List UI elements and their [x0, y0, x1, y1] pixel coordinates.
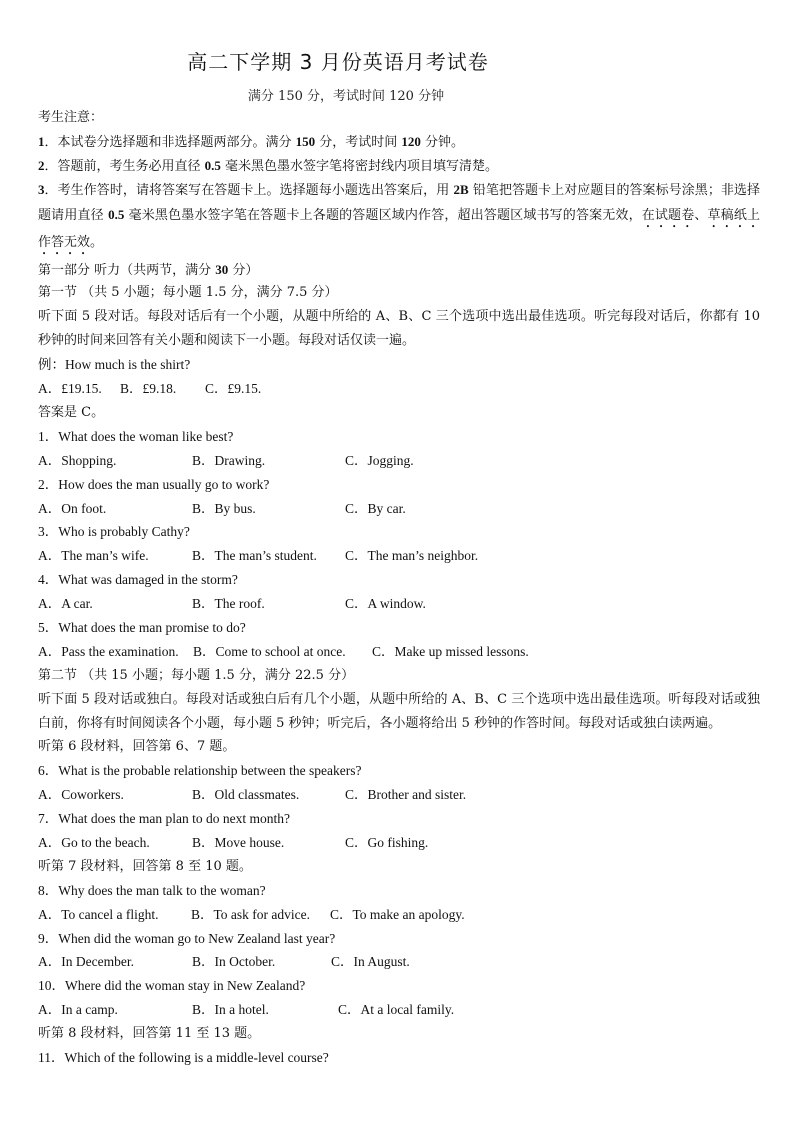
option-c: C．Brother and sister.: [345, 783, 466, 807]
option-b: B．£9.18.: [120, 377, 176, 401]
question-9-options: A．In December. B．In October. C．In August…: [38, 950, 760, 974]
option-b: B．Old classmates.: [192, 783, 299, 807]
section2-heading: 第二节 （共 15 小题；每小题 1.5 分，满分 22.5 分）: [38, 664, 760, 688]
question-2: 2．How does the man usually go to work?: [38, 473, 760, 497]
question-8-options: A．To cancel a flight. B．To ask for advic…: [38, 903, 760, 927]
group-8-intro: 听第 8 段材料，回答第 11 至 13 题。: [38, 1022, 760, 1046]
question-3-options: A．The man’s wife. B．The man’s student. C…: [38, 544, 760, 568]
section1-heading: 第一节 （共 5 小题；每小题 1.5 分，满分 7.5 分）: [38, 281, 760, 305]
question-5: 5．What does the man promise to do?: [38, 616, 760, 640]
option-c: C．Go fishing.: [345, 831, 428, 855]
question-6-options: A．Coworkers. B．Old classmates. C．Brother…: [38, 783, 760, 807]
question-7-options: A．Go to the beach. B．Move house. C．Go fi…: [38, 831, 760, 855]
exam-title: 高二下学期 3 月份英语月考试卷: [0, 46, 676, 75]
option-a: A．The man’s wife.: [38, 544, 149, 568]
option-c: C．To make an apology.: [330, 903, 465, 927]
question-10-options: A．In a camp. B．In a hotel. C．At a local …: [38, 998, 760, 1022]
question-4: 4．What was damaged in the storm?: [38, 568, 760, 592]
option-b: B．The roof.: [192, 592, 265, 616]
option-b: B．To ask for advice.: [191, 903, 310, 927]
group-7-intro: 听第 7 段材料，回答第 8 至 10 题。: [38, 855, 760, 879]
question-8: 8．Why does the man talk to the woman?: [38, 879, 760, 903]
option-b: B．Come to school at once.: [193, 640, 346, 664]
option-c: C．At a local family.: [338, 998, 454, 1022]
notice-heading: 考生注意：: [38, 106, 760, 130]
question-9: 9．When did the woman go to New Zealand l…: [38, 927, 760, 951]
option-c: C．In August.: [331, 950, 410, 974]
question-7: 7．What does the man plan to do next mont…: [38, 807, 760, 831]
example-answer: 答案是 C。: [38, 401, 760, 425]
option-a: A．Go to the beach.: [38, 831, 150, 855]
option-c: C．A window.: [345, 592, 426, 616]
exam-subtitle: 满分 150 分，考试时间 120 分钟: [0, 85, 692, 104]
question-6: 6．What is the probable relationship betw…: [38, 759, 760, 783]
notice-item-3: 3．考生作答时，请将答案写在答题卡上。选择题每小题选出答案后，用 2B 铅笔把答…: [38, 178, 760, 258]
section1-instructions: 听下面 5 段对话。每段对话后有一个小题，从题中所给的 A、B、C 三个选项中选…: [38, 305, 760, 353]
option-a: A．In December.: [38, 950, 134, 974]
option-a: A．A car.: [38, 592, 93, 616]
option-b: B．The man’s student.: [192, 544, 317, 568]
option-a: A．On foot.: [38, 497, 106, 521]
question-2-options: A．On foot. B．By bus. C．By car.: [38, 497, 760, 521]
part1-heading: 第一部分 听力（共两节，满分 30 分）: [38, 258, 760, 282]
option-b: B．Drawing.: [192, 449, 265, 473]
option-c: C．By car.: [345, 497, 406, 521]
option-b: B．By bus.: [192, 497, 256, 521]
option-a: A．Coworkers.: [38, 783, 124, 807]
group-6-intro: 听第 6 段材料，回答第 6、7 题。: [38, 735, 760, 759]
question-1: 1．What does the woman like best?: [38, 425, 760, 449]
section2-instructions: 听下面 5 段对话或独白。每段对话或独白后有几个小题，从题中所给的 A、B、C …: [38, 688, 760, 736]
question-3: 3．Who is probably Cathy?: [38, 520, 760, 544]
notice-item-1: 1．本试卷分选择题和非选择题两部分。满分 150 分，考试时间 120 分钟。: [38, 130, 760, 154]
option-a: A．Shopping.: [38, 449, 116, 473]
option-c: C．£9.15.: [205, 377, 261, 401]
example-question: 例：How much is the shirt?: [38, 353, 760, 377]
option-b: B．In October.: [192, 950, 275, 974]
exam-page: 高二下学期 3 月份英语月考试卷 满分 150 分，考试时间 120 分钟 考生…: [0, 0, 793, 1122]
option-c: C．The man’s neighbor.: [345, 544, 478, 568]
question-1-options: A．Shopping. B．Drawing. C．Jogging.: [38, 449, 760, 473]
option-c: C．Jogging.: [345, 449, 414, 473]
option-b: B．Move house.: [192, 831, 284, 855]
question-5-options: A．Pass the examination. B．Come to school…: [38, 640, 760, 664]
question-4-options: A．A car. B．The roof. C．A window.: [38, 592, 760, 616]
option-c: C．Make up missed lessons.: [372, 640, 529, 664]
option-b: B．In a hotel.: [192, 998, 269, 1022]
option-a: A．Pass the examination.: [38, 640, 179, 664]
question-11: 11．Which of the following is a middle-le…: [38, 1046, 760, 1070]
exam-body: 考生注意： 1．本试卷分选择题和非选择题两部分。满分 150 分，考试时间 12…: [38, 106, 760, 1070]
option-a: A．£19.15.: [38, 377, 102, 401]
notice-item-2: 2．答题前，考生务必用直径 0.5 毫米黑色墨水签字笔将密封线内项目填写清楚。: [38, 154, 760, 178]
question-10: 10．Where did the woman stay in New Zeala…: [38, 974, 760, 998]
example-options: A．£19.15. B．£9.18. C．£9.15.: [38, 377, 760, 401]
option-a: A．In a camp.: [38, 998, 118, 1022]
option-a: A．To cancel a flight.: [38, 903, 159, 927]
